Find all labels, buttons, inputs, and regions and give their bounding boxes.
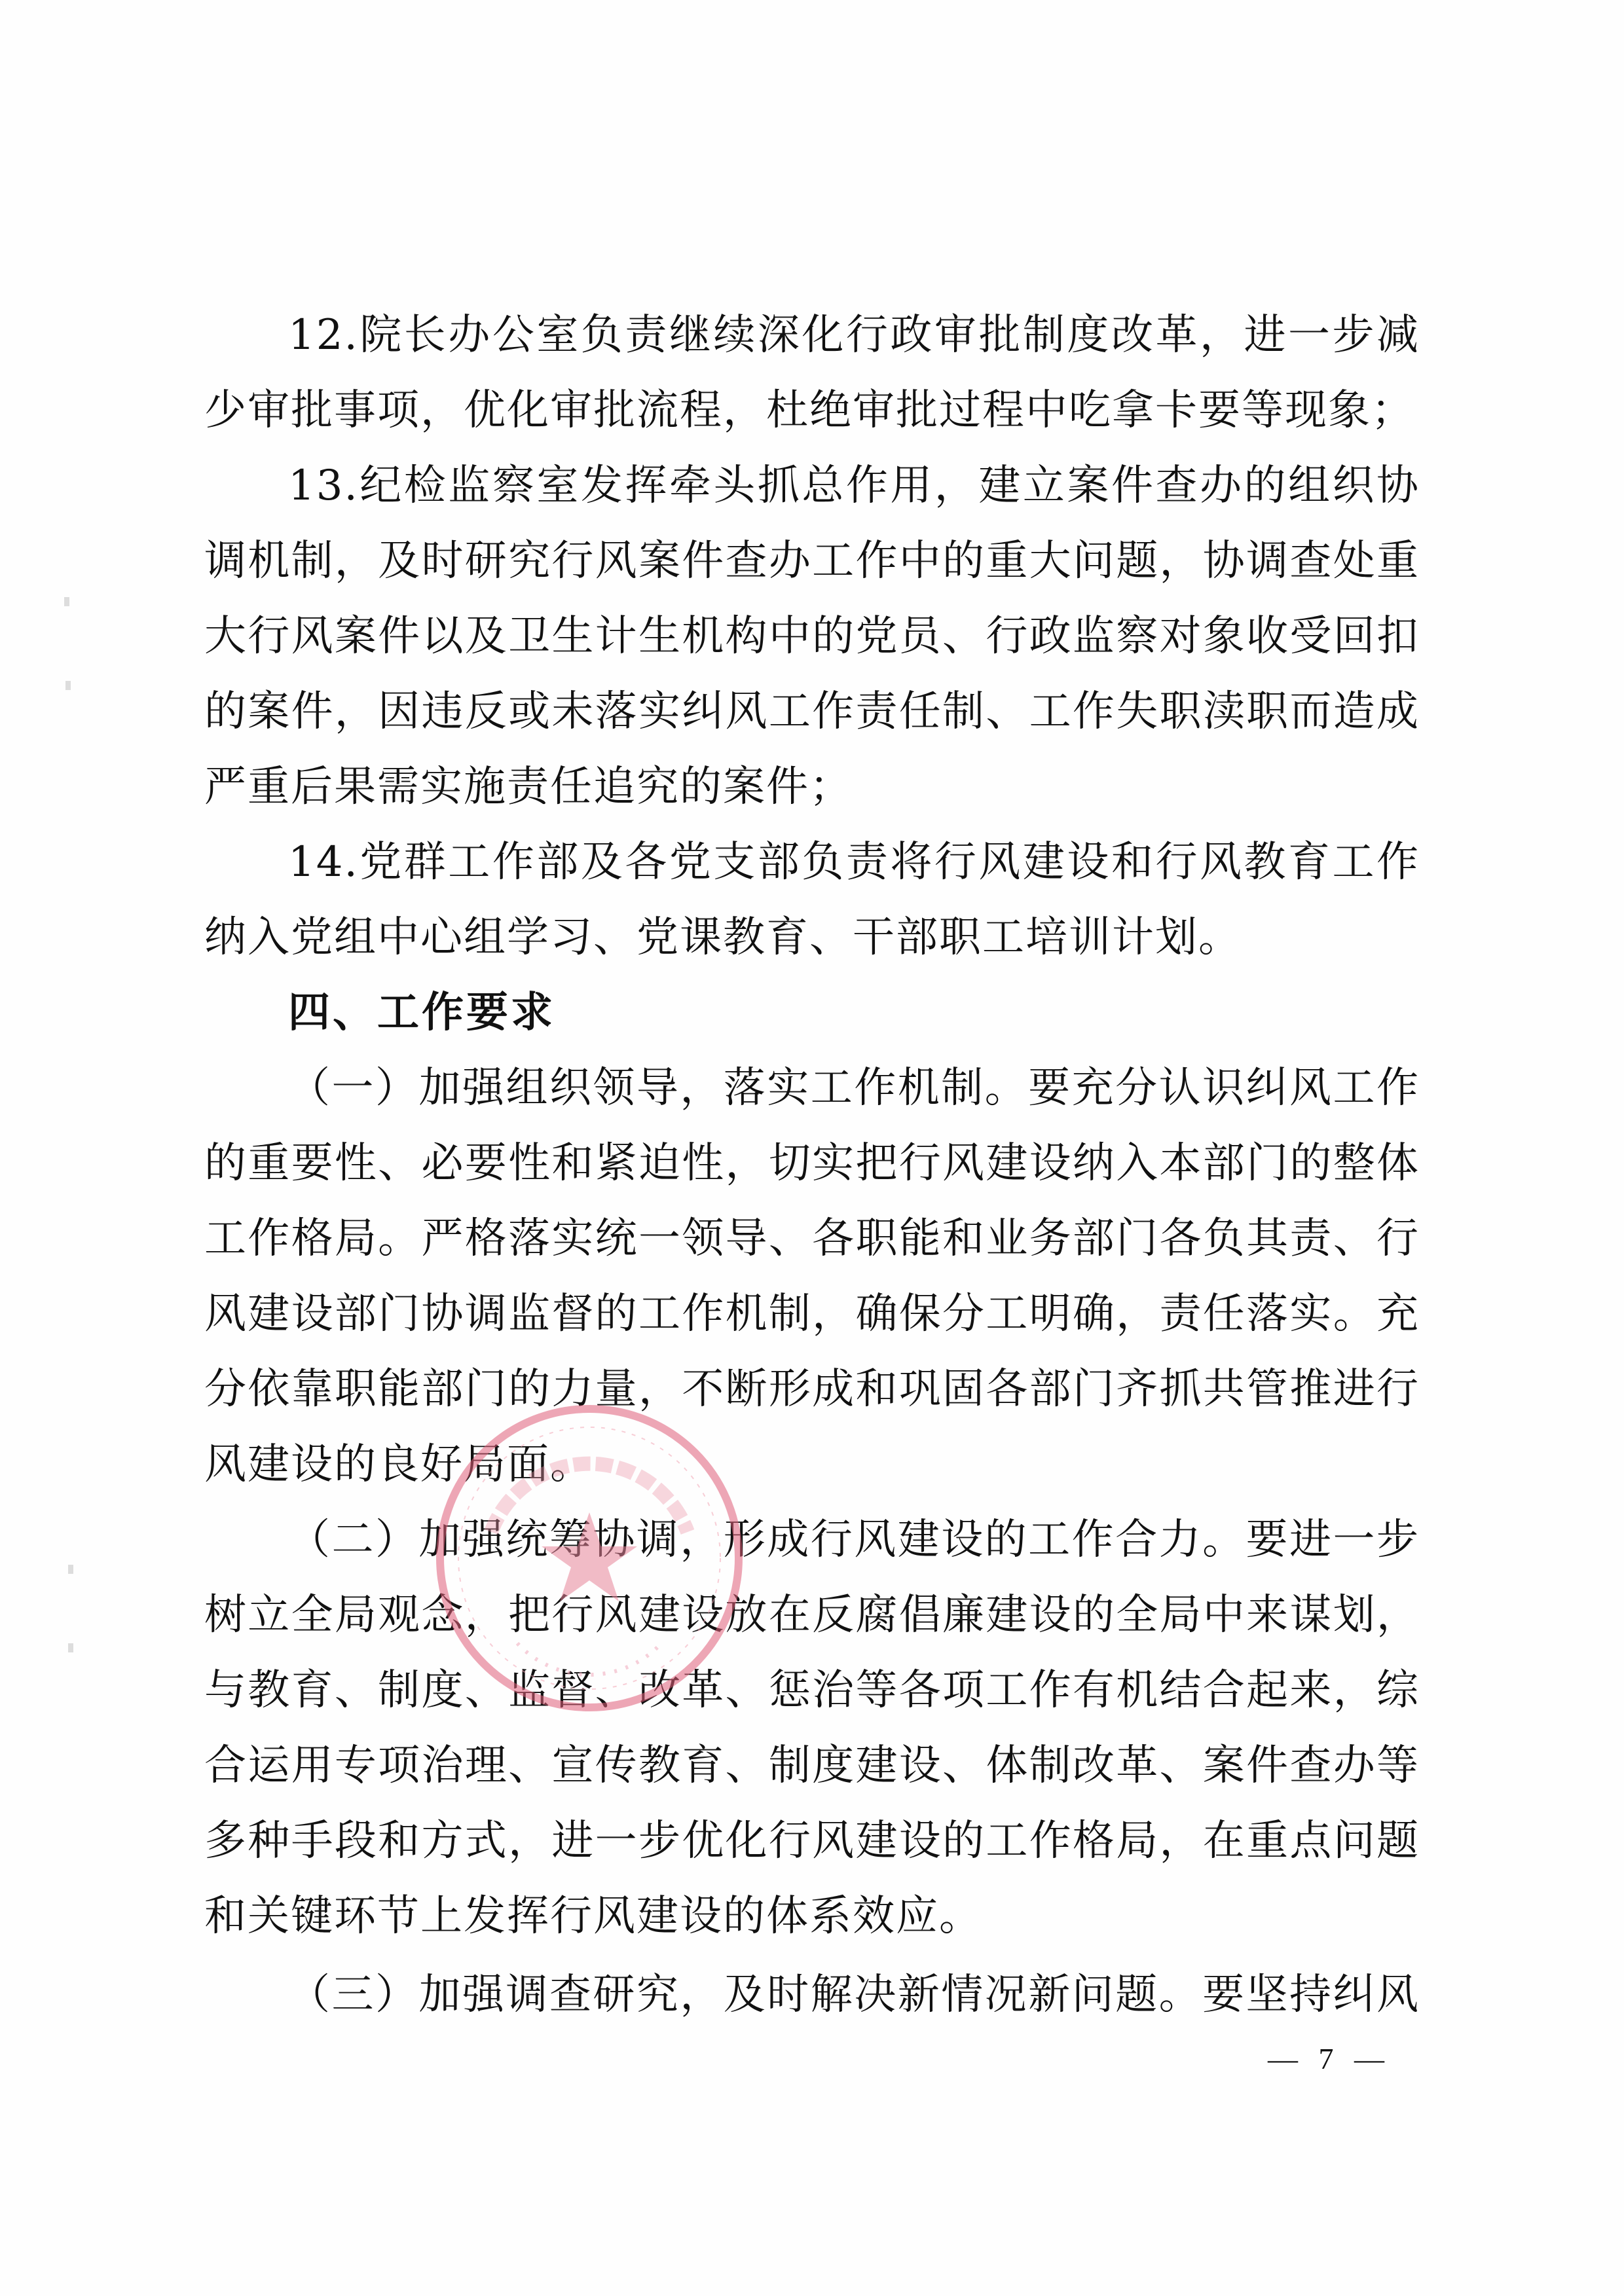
paragraph-1-line-1: （一）加强组织领导，落实工作机制。要充分认识纠风工作 (288, 1055, 1420, 1121)
paragraph-14-line-1: 14.党群工作部及各党支部负责将行风建设和行风教育工作 (288, 829, 1420, 895)
scan-artifact (64, 597, 69, 606)
paragraph-1-line-6: 风建设的良好局面。 (204, 1432, 1420, 1497)
paragraph-13-line-1: 13.纪检监察室发挥牵头抓总作用，建立案件查办的组织协 (288, 453, 1420, 519)
paragraph-1-line-2: 的重要性、必要性和紧迫性，切实把行风建设纳入本部门的整体 (204, 1131, 1420, 1196)
paragraph-2-line-2: 树立全局观念，把行风建设放在反腐倡廉建设的全局中来谋划， (204, 1582, 1420, 1648)
section-heading-work-requirements: 四、工作要求 (288, 980, 1420, 1046)
paragraph-1-line-5: 分依靠职能部门的力量，不断形成和巩固各部门齐抓共管推进行 (204, 1357, 1420, 1422)
paragraph-12-line-1: 12.院长办公室负责继续深化行政审批制度改革，进一步减 (288, 302, 1420, 368)
paragraph-12-line-2: 少审批事项，优化审批流程，杜绝审批过程中吃拿卡要等现象； (204, 378, 1420, 443)
paragraph-13-line-2: 调机制，及时研究行风案件查办工作中的重大问题，协调查处重 (204, 528, 1420, 594)
paragraph-1-line-4: 风建设部门协调监督的工作机制，确保分工明确，责任落实。充 (204, 1281, 1420, 1347)
paragraph-3-line-1: （三）加强调查研究，及时解决新情况新问题。要坚持纠风 (288, 1962, 1420, 2028)
document-page: 12.院长办公室负责继续深化行政审批制度改革，进一步减 少审批事项，优化审批流程… (0, 0, 1624, 2296)
scan-artifact (68, 1643, 73, 1652)
paragraph-13-line-3: 大行风案件以及卫生计生机构中的党员、行政监察对象收受回扣 (204, 604, 1420, 669)
scan-artifact (68, 1565, 73, 1574)
scan-artifact (65, 681, 71, 690)
paragraph-2-line-6: 和关键环节上发挥行风建设的体系效应。 (204, 1884, 1420, 1949)
paragraph-13-line-5: 严重后果需实施责任追究的案件； (204, 754, 1420, 820)
page-number: — 7 — (1264, 2039, 1395, 2079)
paragraph-2-line-3: 与教育、制度、监督、改革、惩治等各项工作有机结合起来，综 (204, 1658, 1420, 1723)
paragraph-2-line-5: 多种手段和方式，进一步优化行风建设的工作格局，在重点问题 (204, 1808, 1420, 1874)
paragraph-2-line-1: （二）加强统筹协调，形成行风建设的工作合力。要进一步 (288, 1507, 1420, 1573)
paragraph-1-line-3: 工作格局。严格落实统一领导、各职能和业务部门各负其责、行 (204, 1206, 1420, 1271)
paragraph-13-line-4: 的案件，因违反或未落实纠风工作责任制、工作失职渎职而造成 (204, 679, 1420, 744)
paragraph-2-line-4: 合运用专项治理、宣传教育、制度建设、体制改革、案件查办等 (204, 1733, 1420, 1798)
paragraph-14-line-2: 纳入党组中心组学习、党课教育、干部职工培训计划。 (204, 905, 1420, 970)
